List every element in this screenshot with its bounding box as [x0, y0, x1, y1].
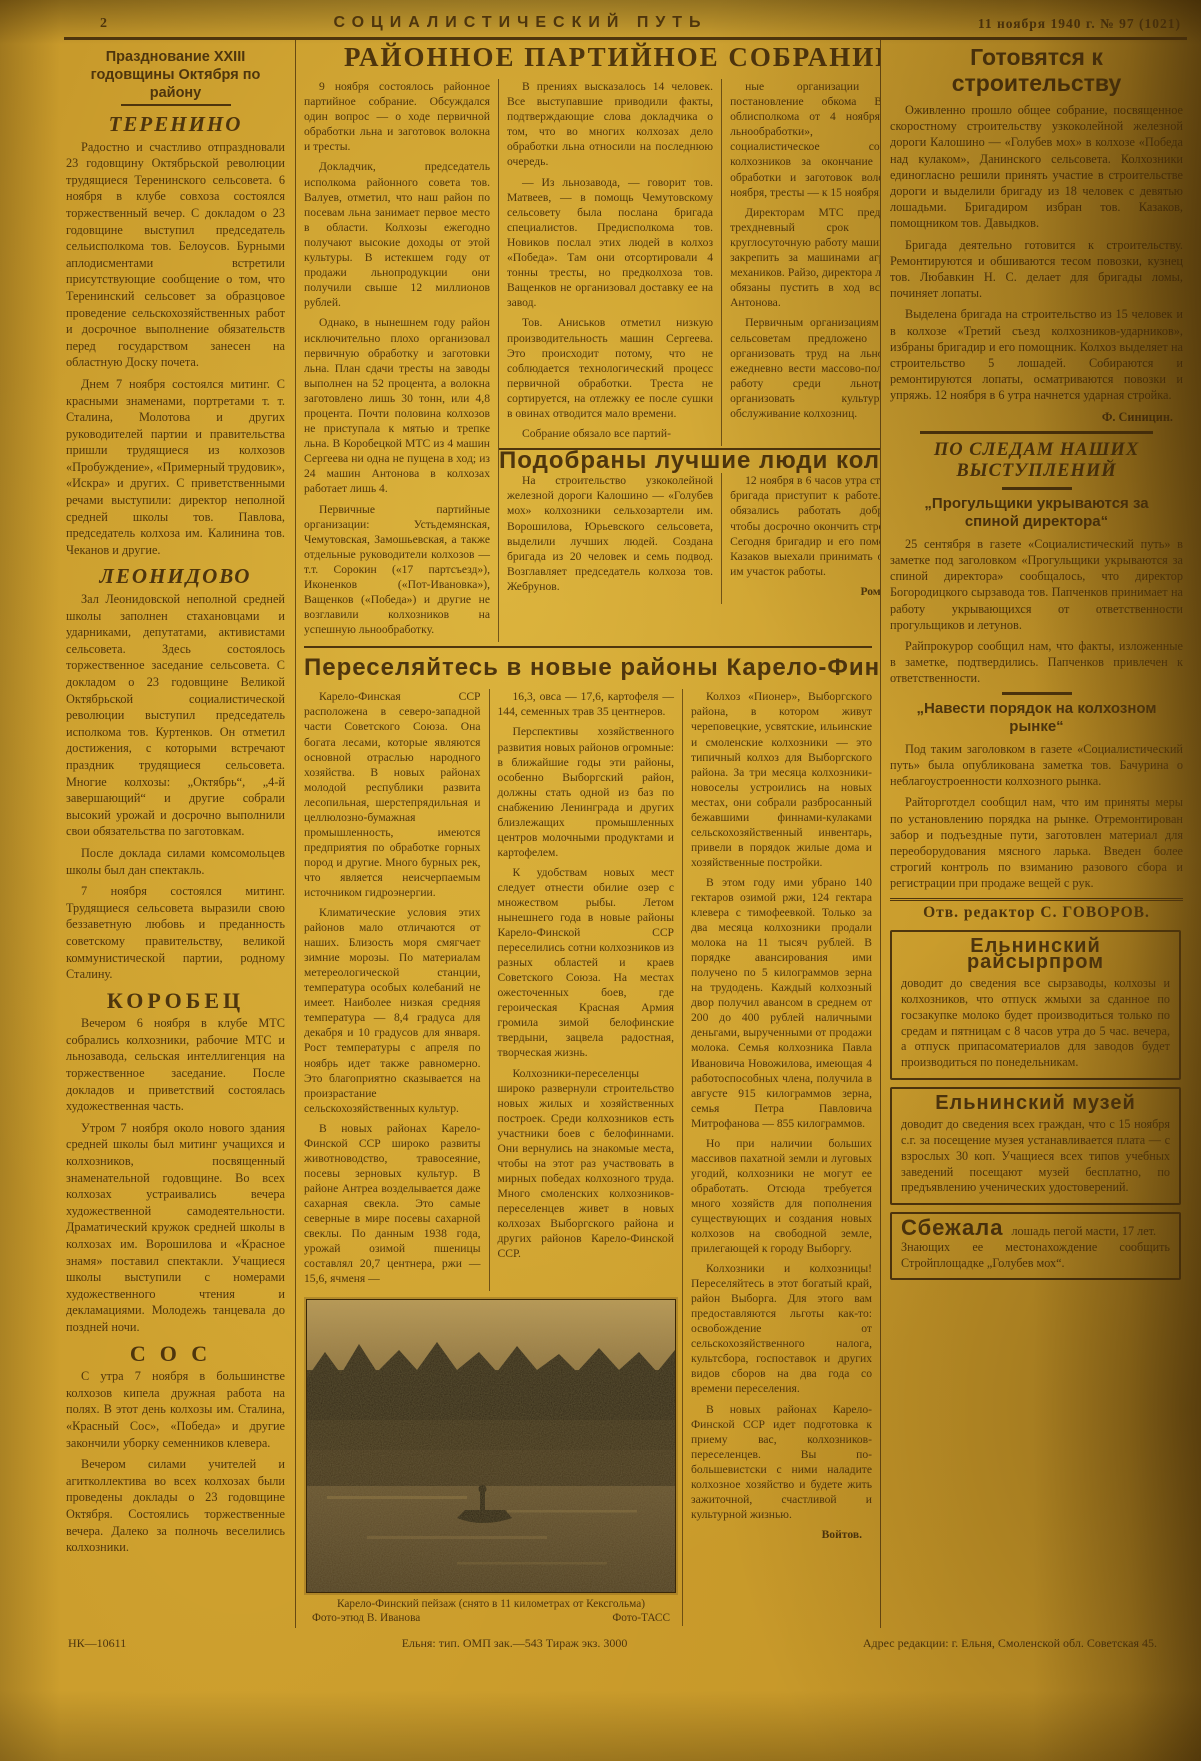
section-divider [1002, 692, 1072, 695]
article-paragraph: — Из льнозавода, — говорит тов. Матвеев,… [507, 175, 713, 311]
article-paragraph: Но при наличии больших массивов пахатной… [691, 1136, 872, 1256]
article-paragraph: 12 ноября в 6 часов утра строительная бр… [730, 473, 880, 579]
article-paragraph: Райпрокурор сообщил нам, что факты, изло… [890, 638, 1183, 687]
party-meeting-headline: РАЙОННОЕ ПАРТИЙНОЕ СОБРАНИЕ [344, 42, 872, 73]
article-paragraph: Первичным организациям ВКП(б) и сельсове… [730, 315, 880, 421]
party-meeting-col2: В прениях высказалось 14 человек. Все вы… [499, 79, 722, 446]
ad-raisyrprom-body: доводит до сведения все сырзаводы, колхо… [901, 976, 1170, 1071]
newspaper-page: 2 СОЦИАЛИСТИЧЕСКИЙ ПУТЬ 11 ноября 1940 г… [0, 0, 1201, 1761]
page-columns: Празднование XXIII годовщины Октября по … [64, 40, 1187, 1628]
article-paragraph: К удобствам новых мест следует отнести о… [498, 865, 675, 1061]
article-paragraph: Докладчик, председатель исполкома районн… [304, 159, 490, 310]
editor-line: Отв. редактор С. ГОВОРОВ. [890, 898, 1183, 923]
section-title-leonidovo: ЛЕОНИДОВО [66, 568, 285, 585]
section-title-terenino: ТЕРЕНИНО [66, 116, 285, 133]
ad-runaway-horse: Сбежалалошадь пегой масти, 17 лет. Знающ… [890, 1212, 1181, 1280]
resettlement-colB: 16,3, овса — 17,6, картофеля — 144, семе… [490, 689, 683, 1291]
ad-museum: Ельнинский музей доводит до сведения все… [890, 1087, 1181, 1205]
ad-runaway-title: Сбежала [901, 1215, 1011, 1240]
article-paragraph: Оживленно прошло общее собрание, посвяще… [890, 102, 1183, 232]
resettlement-colC: Колхоз «Пионер», Выборгского района, в к… [682, 689, 872, 1626]
construction-headline: Готовятся к строительству [900, 44, 1173, 96]
leonidovo-paragraph: 7 ноября состоялся митинг. Трудящиеся се… [66, 883, 285, 983]
article-paragraph: Климатические условия этих районов мало … [304, 905, 481, 1116]
article-paragraph: Первичные партийные организации: Устьдем… [304, 502, 490, 638]
sos-paragraph: Вечером силами учителей и агитколлектива… [66, 1456, 285, 1556]
imprint-footer: НК—10611 Ельня: тип. ОМП зак.—543 Тираж … [64, 1628, 1187, 1651]
terenino-paragraph: Днем 7 ноября состоялся митинг. С красны… [66, 376, 285, 559]
terenino-paragraph: Радостно и счастливо отпраздновали 23 го… [66, 139, 285, 371]
article-paragraph: Колхозники и колхозницы! Переселяйтесь в… [691, 1261, 872, 1396]
photo-credit-agency: Фото-ТАСС [612, 1611, 670, 1626]
article-paragraph: Бригада деятельно готовится к строительс… [890, 237, 1183, 302]
ad-raisyrprom-title: Ельнинский райсырпром [901, 938, 1170, 970]
leonidovo-paragraph: Зал Леонидовской неполной средней школы … [66, 591, 285, 840]
leonidovo-paragraph: После доклада силами комсомольцев школы … [66, 845, 285, 878]
author-signature: Романенков. [730, 584, 880, 599]
follow-up-header: ПО СЛЕДАМ НАШИХ ВЫСТУПЛЕНИЙ [890, 440, 1183, 482]
article-paragraph: В прениях высказалось 14 человек. Все вы… [507, 79, 713, 170]
article-paragraph: ные организации обсудить постановление о… [730, 79, 880, 200]
article-paragraph: Тов. Аниськов отметил низкую производите… [507, 315, 713, 421]
kicker-rule [121, 104, 231, 106]
section-divider [1002, 487, 1072, 490]
article-paragraph: Директорам МТС предложено в трехдневный … [730, 205, 880, 311]
article-best-people: Подобраны лучшие люди колхоза На строите… [499, 448, 880, 604]
best-people-headline: Подобраны лучшие люди колхоза [499, 453, 880, 468]
left-column-kicker: Празднование XXIII годовщины Октября по … [66, 48, 285, 102]
right-column: Готовятся к строительству Оживленно прош… [880, 40, 1187, 1628]
author-signature: Войтов. [691, 1527, 872, 1542]
photo-credit-author: Фото-этюд В. Иванова [312, 1611, 420, 1626]
article-paragraph: 16,3, овса — 17,6, картофеля — 144, семе… [498, 689, 675, 719]
article-paragraph: Выделена бригада на строительство из 15 … [890, 306, 1183, 403]
newspaper-title: СОЦИАЛИСТИЧЕСКИЙ ПУТЬ [190, 14, 851, 32]
truants-headline: „Прогульщики укрываются за спиной директ… [896, 495, 1177, 531]
imprint-address: Адрес редакции: г. Ельня, Смоленской обл… [863, 1636, 1183, 1651]
ad-runaway-body: Знающих ее местонахождение сообщить Стро… [901, 1240, 1170, 1272]
ad-runaway-lead: Сбежалалошадь пегой масти, 17 лет. [901, 1220, 1170, 1240]
photo-caption: Карело-Финский пейзаж (снято в 11 киломе… [306, 1597, 676, 1611]
article-paragraph: 9 ноября состоялось районное партийное с… [304, 79, 490, 154]
sos-paragraph: С утра 7 ноября в большинстве колхозов к… [66, 1368, 285, 1451]
masthead: 2 СОЦИАЛИСТИЧЕСКИЙ ПУТЬ 11 ноября 1940 г… [64, 10, 1187, 40]
page-number: 2 [70, 16, 190, 32]
left-column: Празднование XXIII годовщины Октября по … [64, 40, 296, 1628]
article-paragraph: 25 сентября в газете «Социалистический п… [890, 536, 1183, 633]
ad-runaway-horse-desc: лошадь пегой масти, 17 лет. [1011, 1224, 1156, 1238]
market-headline: „Навести порядок на колхозном рынке“ [896, 700, 1177, 736]
author-signature: Ф. Синицин. [890, 409, 1183, 425]
korobec-paragraph: Утром 7 ноября около нового здания средн… [66, 1120, 285, 1336]
article-paragraph: Колхозники-переселенцы широко развернули… [498, 1066, 675, 1262]
center-area: РАЙОННОЕ ПАРТИЙНОЕ СОБРАНИЕ 9 ноября сос… [296, 40, 880, 1628]
section-divider [920, 431, 1153, 434]
article-paragraph: Однако, в нынешнем году район исключител… [304, 315, 490, 496]
article-paragraph: Под таким заголовком в газете «Социалист… [890, 741, 1183, 790]
imprint-code: НК—10611 [64, 1636, 126, 1651]
article-paragraph: В этом году ими убрано 140 гектаров озим… [691, 875, 872, 1131]
article-truants: „Прогульщики укрываются за спиной директ… [890, 495, 1183, 687]
ad-museum-body: доводит до сведения всех граждан, что с … [901, 1117, 1170, 1196]
best-people-col1: На строительство узкоколейной железной д… [499, 473, 722, 604]
article-paragraph: В новых районах Карело-Финской ССР широк… [304, 1121, 481, 1287]
section-title-sos: СОС [66, 1346, 285, 1363]
korobec-paragraph: Вечером 6 ноября в клубе МТС собрались к… [66, 1015, 285, 1115]
article-paragraph: Перспективы хозяйственного развития новы… [498, 724, 675, 859]
party-meeting-col3: ные организации обсудить постановление о… [722, 79, 880, 446]
ad-museum-title: Ельнинский музей [901, 1095, 1170, 1111]
article-resettlement: Переселяйтесь в новые районы Карело-Финс… [304, 646, 872, 1626]
article-party-meeting: РАЙОННОЕ ПАРТИЙНОЕ СОБРАНИЕ 9 ноября сос… [304, 42, 872, 642]
article-paragraph: Собрание обязало все партий- [507, 426, 713, 441]
resettlement-colA: Карело-Финская ССР расположена в северо-… [304, 689, 490, 1291]
article-construction: Готовятся к строительству Оживленно прош… [890, 44, 1183, 425]
article-market: „Навести порядок на колхозном рынке“ Под… [890, 700, 1183, 892]
photo-block: Карело-Финский пейзаж (снято в 11 киломе… [306, 1299, 676, 1626]
imprint-print-info: Ельня: тип. ОМП зак.—543 Тираж экз. 3000 [362, 1636, 628, 1651]
resettlement-headline: Переселяйтесь в новые районы Карело-Финс… [304, 654, 872, 682]
best-people-col2: 12 ноября в 6 часов утра строительная бр… [722, 473, 880, 604]
article-paragraph: На строительство узкоколейной железной д… [507, 473, 713, 594]
article-paragraph: Колхоз «Пионер», Выборгского района, в к… [691, 689, 872, 870]
section-title-korobec: КОРОБЕЦ [66, 993, 285, 1010]
landscape-photo [306, 1299, 676, 1593]
article-paragraph: В новых районах Карело-Финской ССР идет … [691, 1402, 872, 1522]
article-paragraph: Карело-Финская ССР расположена в северо-… [304, 689, 481, 900]
ad-raisyrprom: Ельнинский райсырпром доводит до сведени… [890, 930, 1181, 1080]
article-paragraph: Райторготдел сообщил нам, что им приняты… [890, 794, 1183, 891]
party-meeting-col1: 9 ноября состоялось районное партийное с… [304, 79, 499, 642]
issue-date: 11 ноября 1940 г. № 97 (1021) [851, 16, 1181, 32]
